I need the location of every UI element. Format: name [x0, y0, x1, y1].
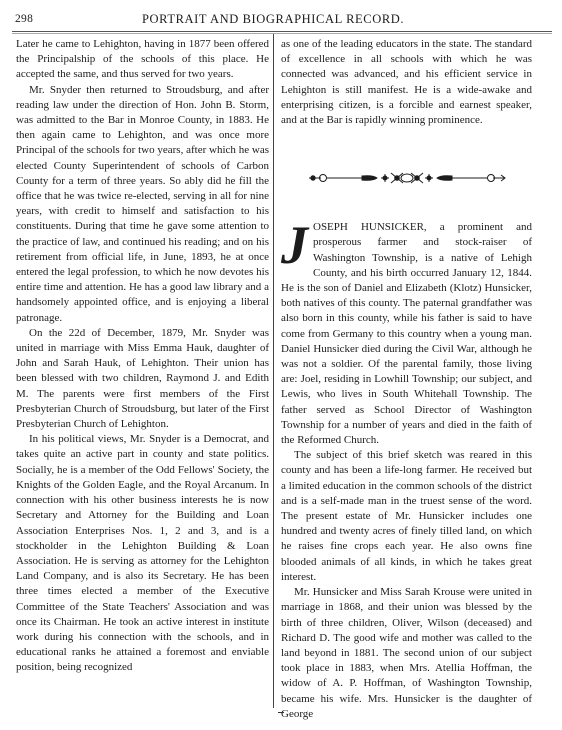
drop-cap: J	[281, 220, 308, 278]
header-rule-thin	[12, 33, 552, 34]
paragraph-continuation: as one of the leading educators in the s…	[281, 37, 532, 128]
right-column: as one of the leading educators in the s…	[281, 37, 532, 722]
paragraph: On the 22d of December, 1879, Mr. Snyder…	[16, 326, 269, 432]
paragraph: Mr. Snyder then returned to Stroudsburg,…	[16, 83, 269, 326]
paragraph: a prominent and prosperous farmer and st…	[281, 221, 532, 446]
running-title: PORTRAIT AND BIOGRAPHICAL RECORD.	[142, 12, 404, 27]
page-header: 298 PORTRAIT AND BIOGRAPHICAL RECORD.	[0, 0, 562, 34]
footer-mark	[278, 712, 284, 713]
paragraph: The subject of this brief sketch was rea…	[281, 448, 532, 585]
biography-entry: J OSEPH HUNSICKER, a prominent and prosp…	[281, 220, 532, 722]
subject-name: OSEPH HUNSICKER,	[313, 221, 427, 233]
left-column: Later he came to Lehighton, having in 18…	[16, 37, 269, 676]
paragraph: In his political views, Mr. Snyder is a …	[16, 432, 269, 675]
paragraph: Mr. Hunsicker and Miss Sarah Krouse were…	[281, 585, 532, 722]
paragraph: Later he came to Lehighton, having in 18…	[16, 37, 269, 83]
page-number: 298	[15, 13, 33, 25]
header-rule	[12, 31, 552, 32]
column-divider	[273, 34, 274, 708]
ornament-divider-icon	[281, 150, 532, 206]
